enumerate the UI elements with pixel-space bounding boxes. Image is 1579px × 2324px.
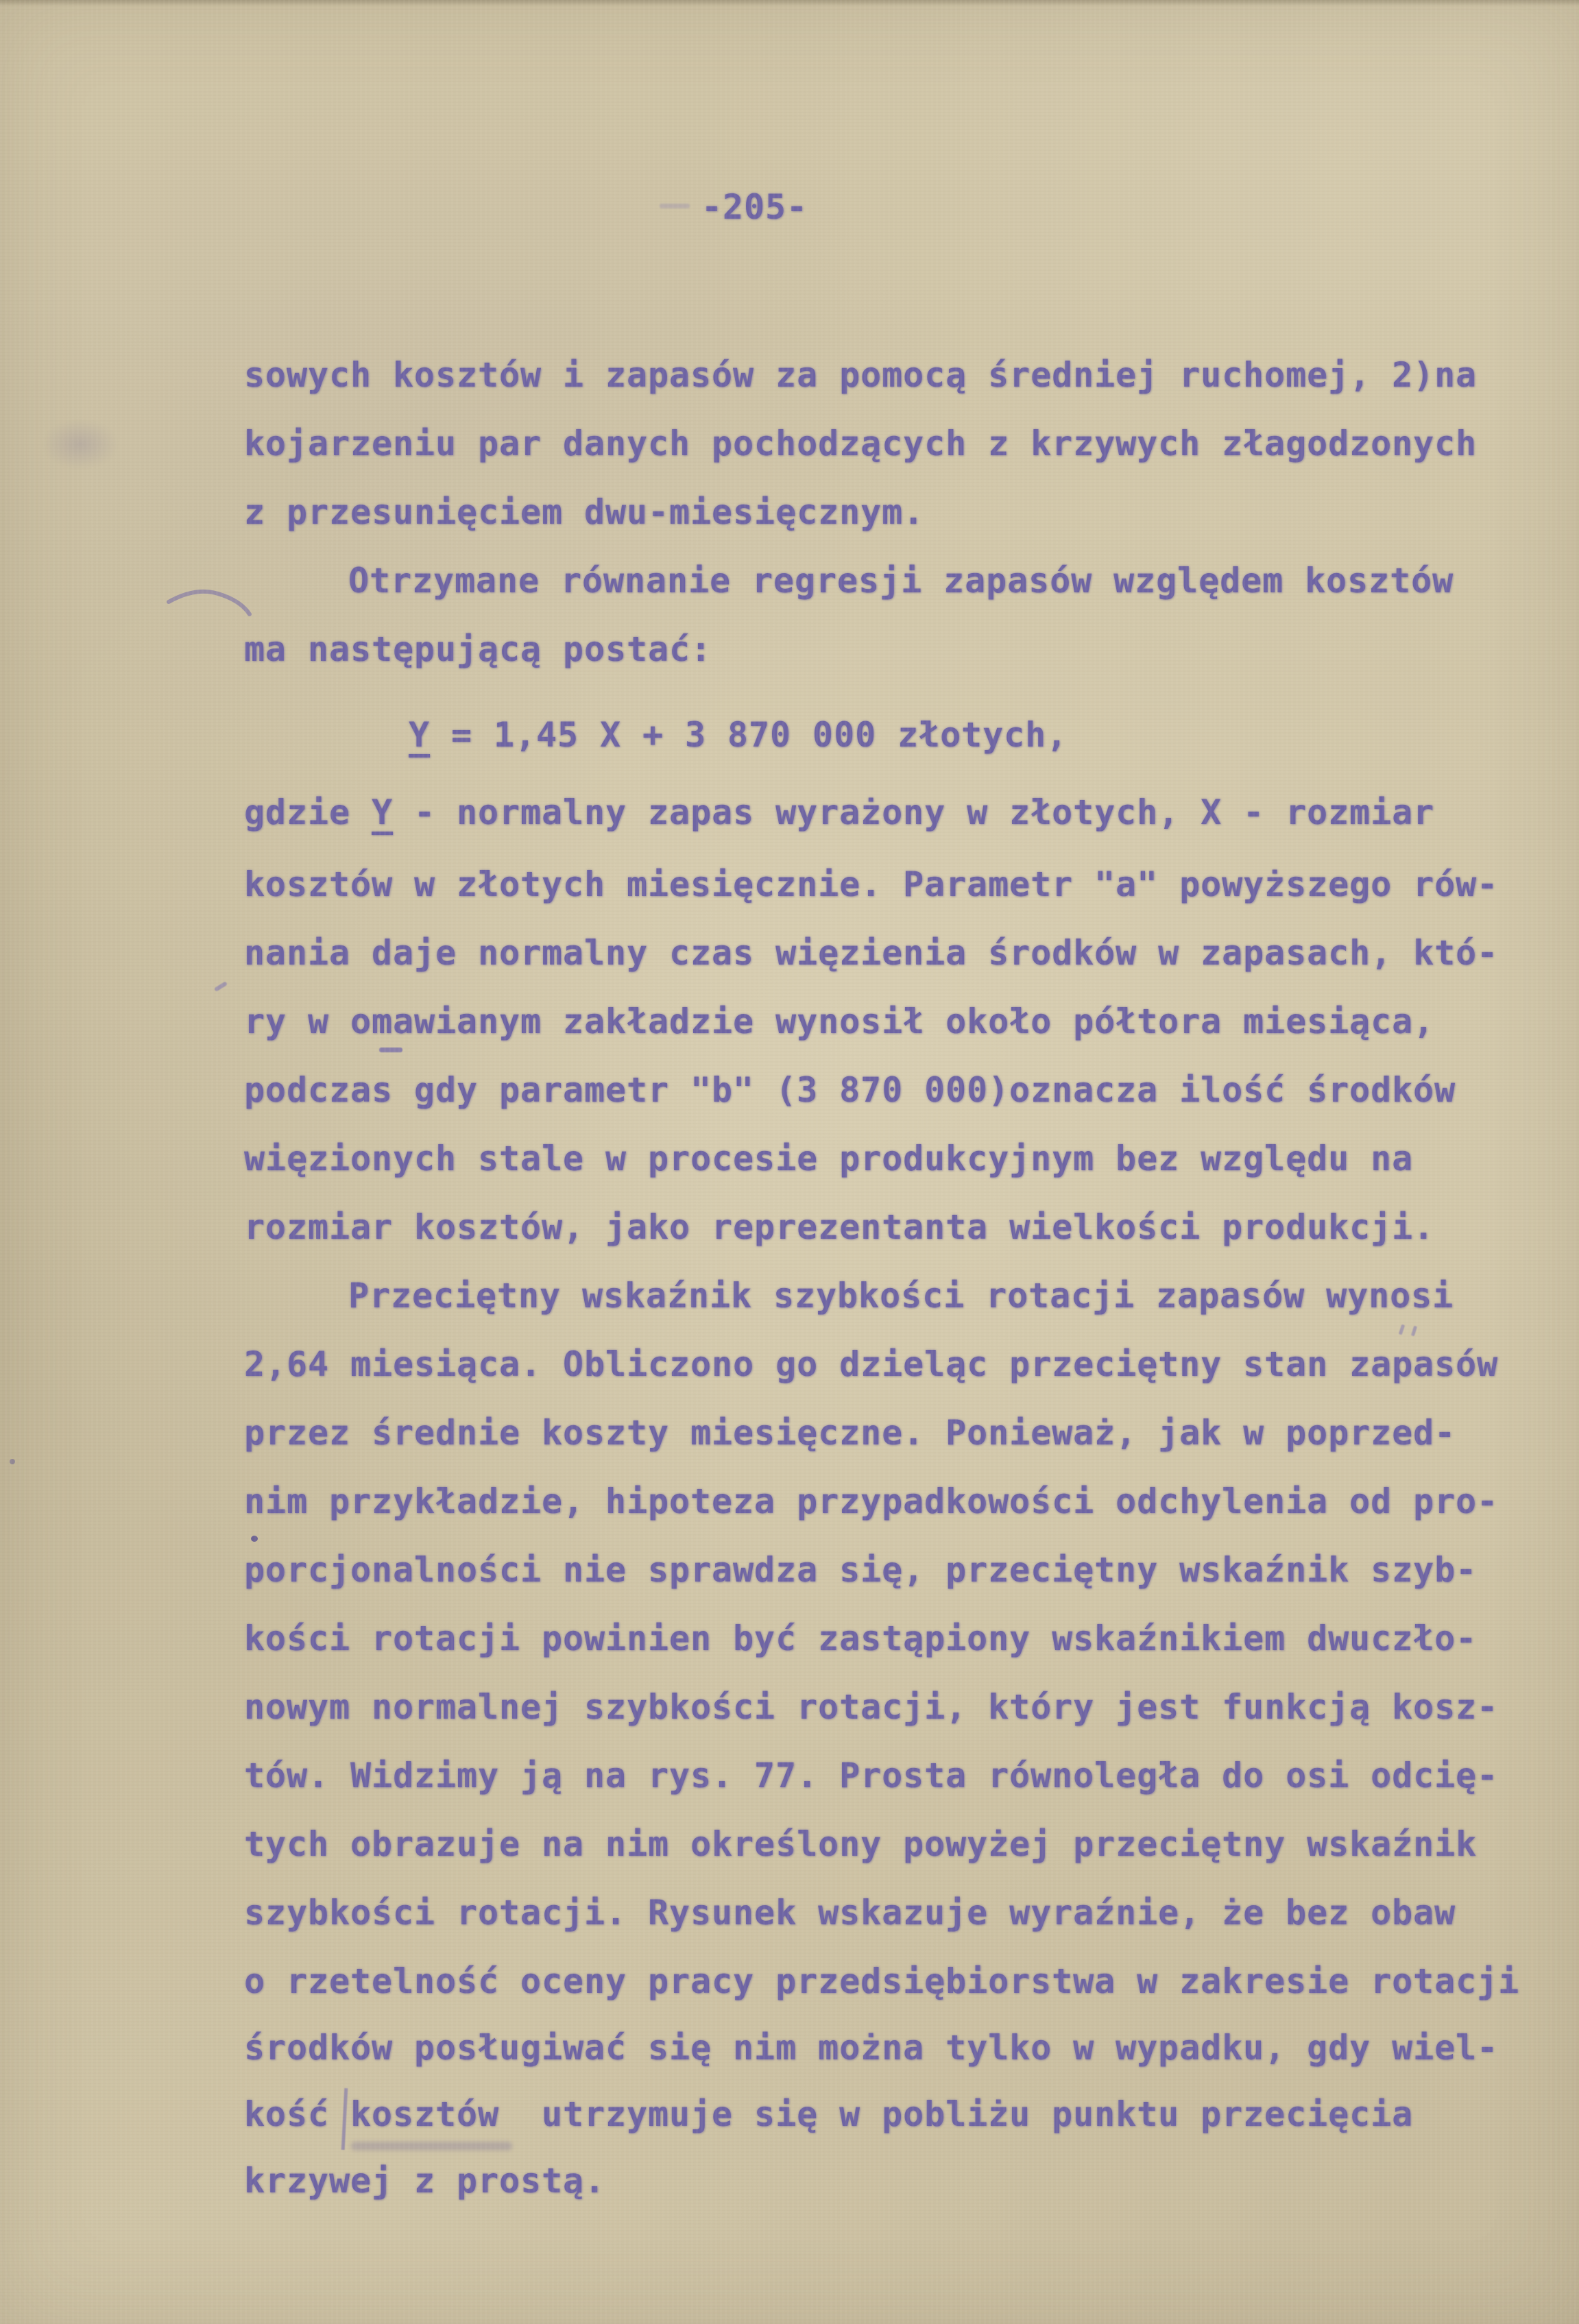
text-run: Przeciętny wskaźnik szybkości rotacji za… [348,1276,1454,1316]
text-line: o rzetelność oceny pracy przedsiębiorstw… [244,1947,1519,2016]
text-line: tych obrazuje na nim określony powyżej p… [244,1810,1477,1878]
text-line: przez średnie koszty miesięczne. Poniewa… [244,1399,1456,1467]
text-run: porcjonalności nie sprawdza się, przecię… [244,1550,1477,1590]
text-line: nania daje normalny czas więzienia środk… [244,919,1498,987]
text-run: więzionych stale w procesie produkcyjnym… [244,1139,1413,1178]
text-line: kość kosztów utrzymuje się w pobliżu pun… [244,2080,1413,2149]
text-line: kosztów w złotych miesięcznie. Parametr … [244,850,1498,919]
text-run: - normalny zapas wyrażony w złotych, X -… [393,792,1434,832]
text-run: podczas gdy parametr "b" (3 870 000)ozna… [244,1070,1456,1110]
text-run: kość kosztów utrzymuje się w pobliżu pun… [244,2094,1413,2134]
text-line: tów. Widzimy ją na rys. 77. Prosta równo… [244,1741,1498,1810]
ghost-dash-mark [660,204,690,208]
text-run: sowych kosztów i zapasów za pomocą średn… [244,355,1477,395]
margin-pen-mark [165,584,254,622]
text-line: podczas gdy parametr "b" (3 870 000)ozna… [244,1056,1456,1124]
text-line: kojarzeniu par danych pochodzących z krz… [244,409,1477,478]
accent-tick-mark [214,981,228,992]
text-line: nowym normalnej szybkości rotacji, który… [244,1673,1498,1741]
text-line: środków posługiwać się nim można tylko w… [244,2013,1498,2082]
text-run: 2,64 miesiąca. Obliczono go dzieląc prze… [244,1344,1498,1384]
text-run: nania daje normalny czas więzienia środk… [244,933,1498,973]
text-line: ry w omawianym zakładzie wynosił około p… [244,987,1434,1056]
text-run: kosztów w złotych miesięcznie. Parametr … [244,864,1498,904]
text-run: gdzie [244,792,372,832]
text-run: krzywej z prostą. [244,2161,605,2201]
text-run: Otrzymane równanie regresji zapasów wzgl… [348,561,1454,601]
edge-dot-mark [10,1459,15,1464]
text-run: o rzetelność oceny pracy przedsiębiorstw… [244,1961,1519,2001]
underlined-symbol: Y [372,792,393,832]
text-run: tów. Widzimy ją na rys. 77. Prosta równo… [244,1756,1498,1795]
text-run: nim przykładzie, hipoteza przypadkowości… [244,1481,1498,1521]
text-line: kości rotacji powinien być zastąpiony ws… [244,1604,1477,1673]
ink-smudge [43,420,118,469]
text-run: szybkości rotacji. Rysunek wskazuje wyra… [244,1893,1456,1933]
scanned-page: -205- sowych kosztów i zapasów za pomocą… [0,0,1579,2324]
text-run: tych obrazuje na nim określony powyżej p… [244,1824,1477,1864]
text-run: ry w omawianym zakładzie wynosił około p… [244,1002,1434,1041]
text-line: 2,64 miesiąca. Obliczono go dzieląc prze… [244,1330,1498,1399]
text-line: rozmiar kosztów, jako reprezentanta wiel… [244,1193,1434,1261]
text-line: Otrzymane równanie regresji zapasów wzgl… [348,546,1454,615]
text-run: środków posługiwać się nim można tylko w… [244,2028,1498,2068]
text-line: z przesunięciem dwu-miesięcznym. [244,478,924,546]
text-line: Y = 1,45 X + 3 870 000 złotych, [409,701,1068,769]
text-run: kojarzeniu par danych pochodzących z krz… [244,424,1477,463]
text-run: z przesunięciem dwu-miesięcznym. [244,492,924,532]
text-run: nowym normalnej szybkości rotacji, który… [244,1687,1498,1727]
text-run: = 1,45 X + 3 870 000 złotych, [430,715,1068,755]
page-number: -205- [701,173,808,241]
text-line: gdzie Y - normalny zapas wyrażony w złot… [244,778,1434,847]
text-line: ma następującą postać: [244,615,712,683]
text-line: szybkości rotacji. Rysunek wskazuje wyra… [244,1878,1456,1947]
underlined-symbol: Y [409,715,430,755]
text-run: ma następującą postać: [244,629,712,669]
text-line: porcjonalności nie sprawdza się, przecię… [244,1536,1477,1604]
text-line: krzywej z prostą. [244,2146,605,2215]
text-run: kości rotacji powinien być zastąpiony ws… [244,1619,1477,1658]
text-line: sowych kosztów i zapasów za pomocą średn… [244,341,1477,409]
text-line: więzionych stale w procesie produkcyjnym… [244,1124,1413,1193]
text-run: przez średnie koszty miesięczne. Poniewa… [244,1413,1456,1453]
text-line: Przeciętny wskaźnik szybkości rotacji za… [348,1261,1454,1330]
text-line: nim przykładzie, hipoteza przypadkowości… [244,1467,1498,1536]
text-run: rozmiar kosztów, jako reprezentanta wiel… [244,1207,1434,1247]
